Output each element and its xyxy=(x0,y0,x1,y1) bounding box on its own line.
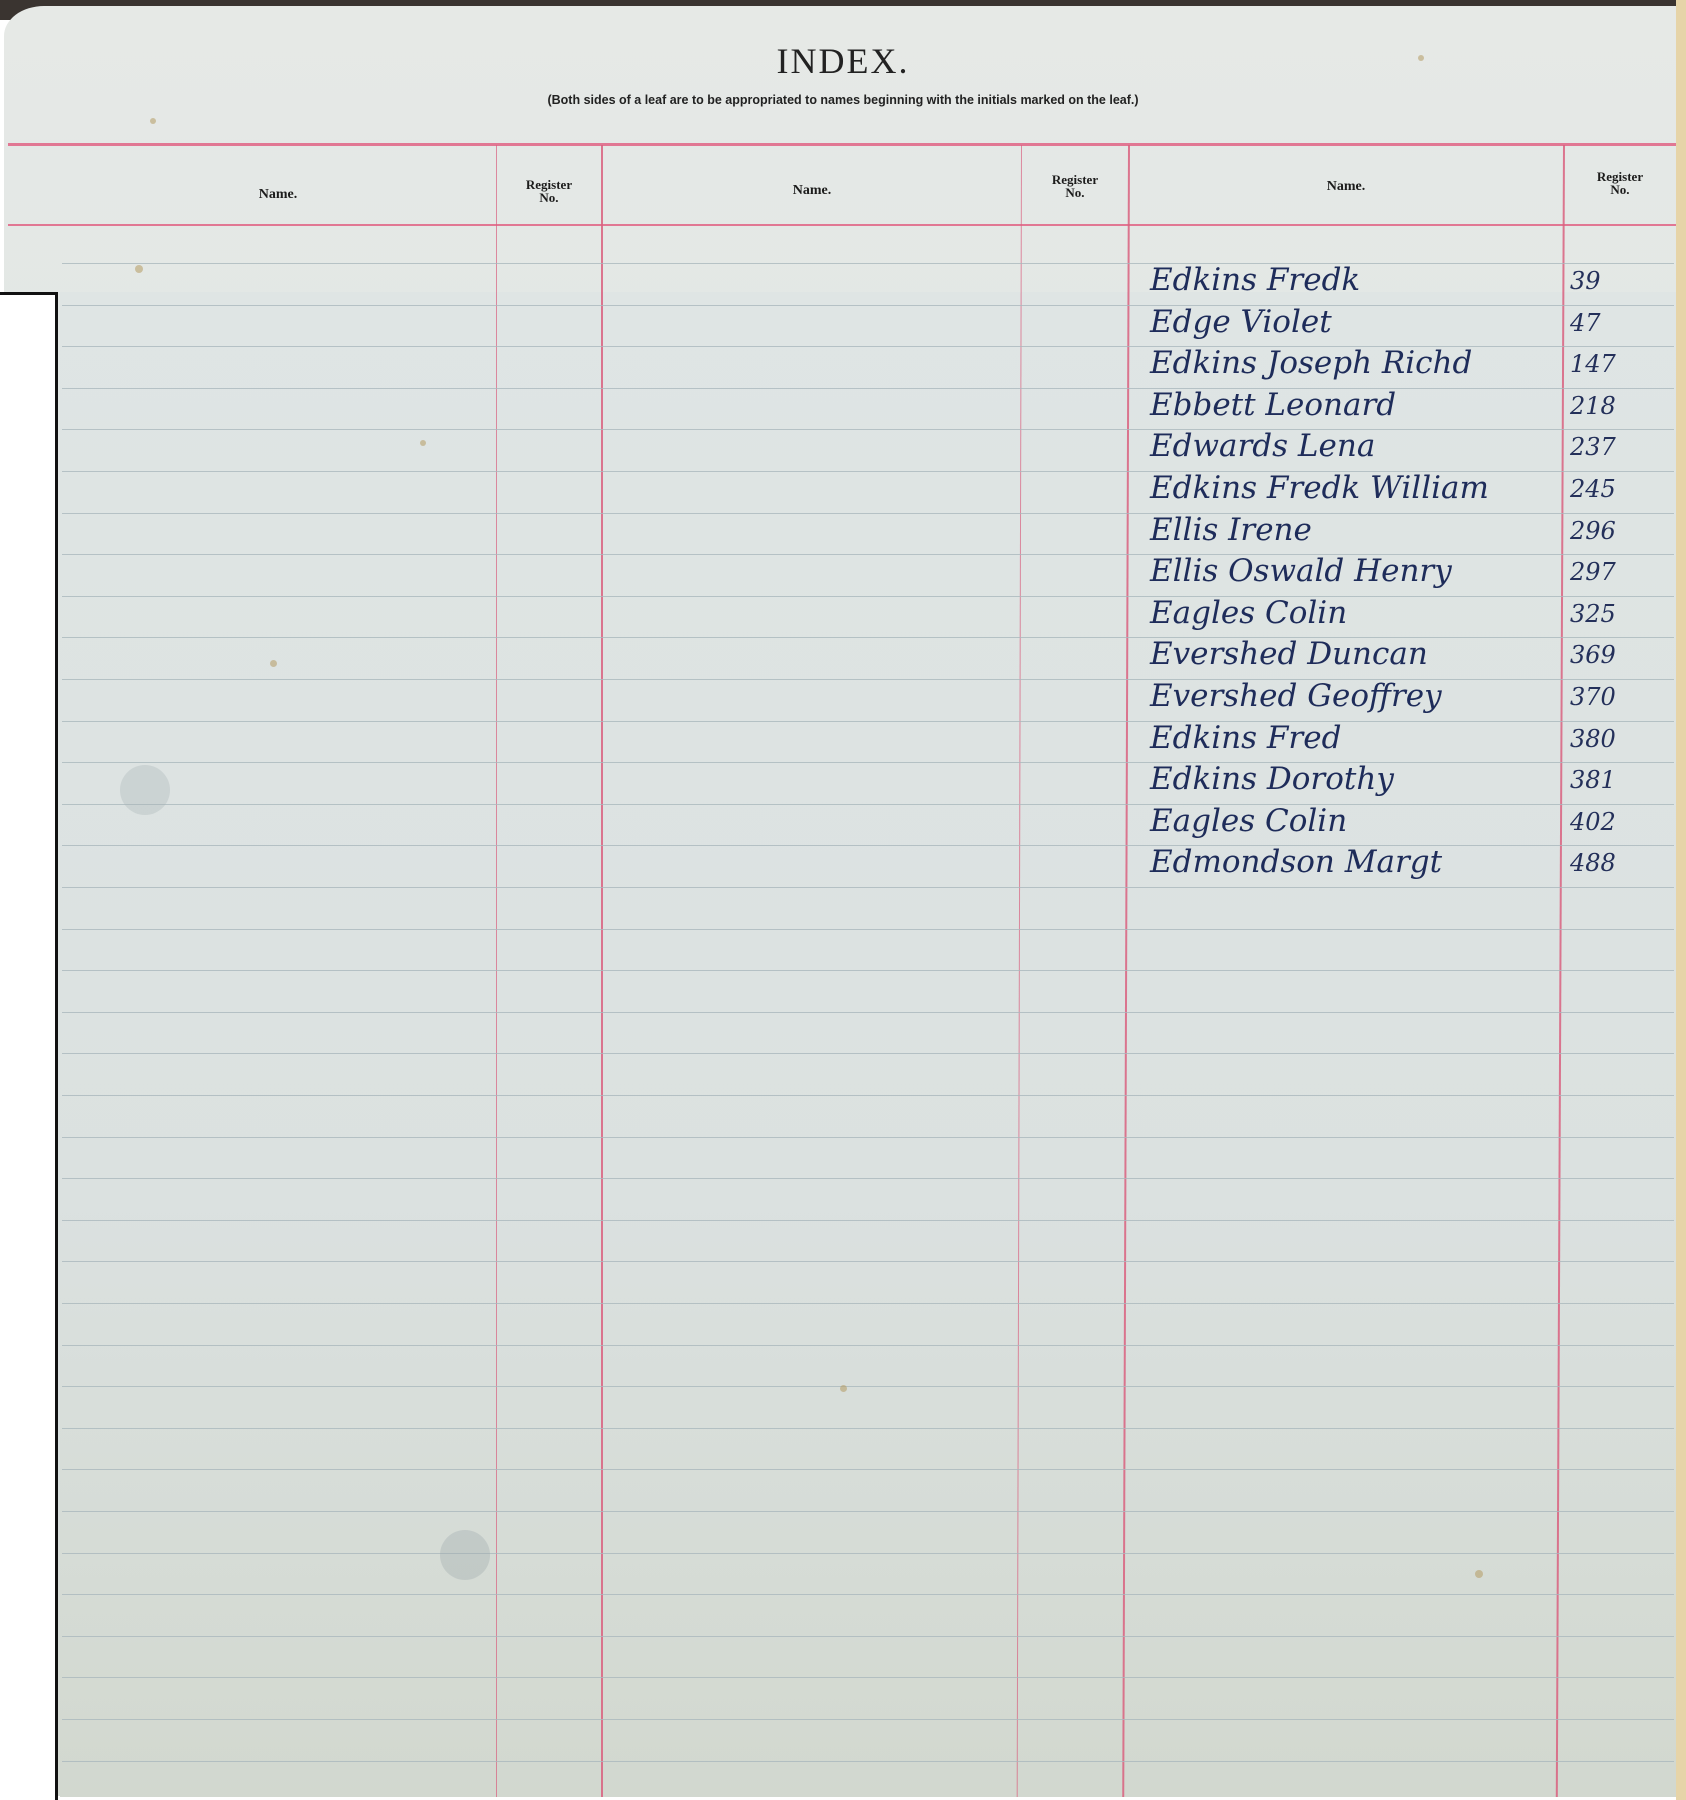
column-header-name-3: Name. xyxy=(1129,180,1563,193)
number-label: No. xyxy=(1022,186,1128,199)
ruled-line xyxy=(62,929,1674,930)
ruled-line xyxy=(62,1053,1674,1054)
number-label: No. xyxy=(497,191,601,204)
ruled-line xyxy=(62,1636,1674,1637)
paper-stain xyxy=(1418,55,1424,61)
entry-name: Ellis Irene xyxy=(1150,512,1550,548)
entry-name: Eagles Colin xyxy=(1150,595,1550,631)
entry-name: Evershed Geoffrey xyxy=(1150,678,1550,714)
paper-stain xyxy=(1475,1570,1483,1578)
entry-name: Edwards Lena xyxy=(1150,428,1550,464)
ruled-line xyxy=(62,970,1674,971)
entry-name: Edkins Dorothy xyxy=(1150,761,1550,797)
ruled-line xyxy=(62,887,1674,888)
ruled-line xyxy=(62,1095,1674,1096)
paper-stain xyxy=(150,118,156,124)
ruled-line xyxy=(62,1178,1674,1179)
page-title: INDEX. xyxy=(0,40,1686,82)
paper-stain xyxy=(420,440,426,446)
entry-name: Edkins Fredk xyxy=(1150,262,1550,298)
ruled-line xyxy=(62,1261,1674,1262)
column-header-register-3: Register No. xyxy=(1564,170,1676,196)
ruled-line xyxy=(62,1137,1674,1138)
entry-name: Edmondson Margt xyxy=(1150,844,1550,880)
entry-register-no: 380 xyxy=(1570,725,1660,753)
paper-smudge xyxy=(440,1530,490,1580)
entry-register-no: 369 xyxy=(1570,641,1660,669)
entry-register-no: 381 xyxy=(1570,766,1660,794)
paper-smudge xyxy=(120,765,170,815)
entry-register-no: 218 xyxy=(1570,392,1660,420)
entry-name: Edkins Joseph Richd xyxy=(1150,345,1550,381)
entry-name: Edkins Fred xyxy=(1150,720,1550,756)
ruled-line xyxy=(62,1345,1674,1346)
entry-name: Ebbett Leonard xyxy=(1150,387,1550,423)
entry-register-no: 245 xyxy=(1570,475,1660,503)
entry-register-no: 147 xyxy=(1570,350,1660,378)
paper-stain xyxy=(135,265,143,273)
ruled-line xyxy=(62,1511,1674,1512)
entry-register-no: 370 xyxy=(1570,683,1660,711)
number-label: No. xyxy=(1564,183,1676,196)
ruled-line xyxy=(62,1553,1674,1554)
entry-name: Ellis Oswald Henry xyxy=(1150,553,1550,589)
ruled-line xyxy=(62,1220,1674,1221)
ruled-line xyxy=(62,1428,1674,1429)
paper-stain xyxy=(840,1385,847,1392)
entry-register-no: 237 xyxy=(1570,433,1660,461)
column-header-register-1: Register No. xyxy=(497,178,601,204)
ruled-line xyxy=(62,1677,1674,1678)
column-header-name-2: Name. xyxy=(602,184,1022,197)
entry-register-no: 297 xyxy=(1570,558,1660,586)
paper-stain xyxy=(270,660,277,667)
entry-register-no: 325 xyxy=(1570,600,1660,628)
entry-name: Eagles Colin xyxy=(1150,803,1550,839)
ruled-line xyxy=(62,1386,1674,1387)
ruled-line xyxy=(62,1303,1674,1304)
header-bottom-rule xyxy=(8,224,1676,226)
entry-register-no: 488 xyxy=(1570,849,1660,877)
entry-name: Edge Violet xyxy=(1150,304,1550,340)
entry-register-no: 39 xyxy=(1570,267,1660,295)
page-instructions: (Both sides of a leaf are to be appropri… xyxy=(0,93,1686,107)
ruled-line xyxy=(62,1469,1674,1470)
scan-margin xyxy=(0,292,58,1800)
column-header-register-2: Register No. xyxy=(1022,173,1128,199)
ruled-line xyxy=(62,1761,1674,1762)
adjacent-page-edge xyxy=(1676,0,1686,1800)
column-header-name-1: Name. xyxy=(60,188,496,201)
entry-register-no: 296 xyxy=(1570,517,1660,545)
entry-register-no: 47 xyxy=(1570,309,1660,337)
entry-name: Evershed Duncan xyxy=(1150,636,1550,672)
ruled-line xyxy=(62,1594,1674,1595)
column-divider xyxy=(496,145,497,1797)
entry-name: Edkins Fredk William xyxy=(1150,470,1550,506)
ruled-line xyxy=(62,1012,1674,1013)
header-top-rule xyxy=(8,143,1676,146)
entry-register-no: 402 xyxy=(1570,808,1660,836)
column-divider xyxy=(601,145,603,1797)
ruled-line xyxy=(62,1719,1674,1720)
